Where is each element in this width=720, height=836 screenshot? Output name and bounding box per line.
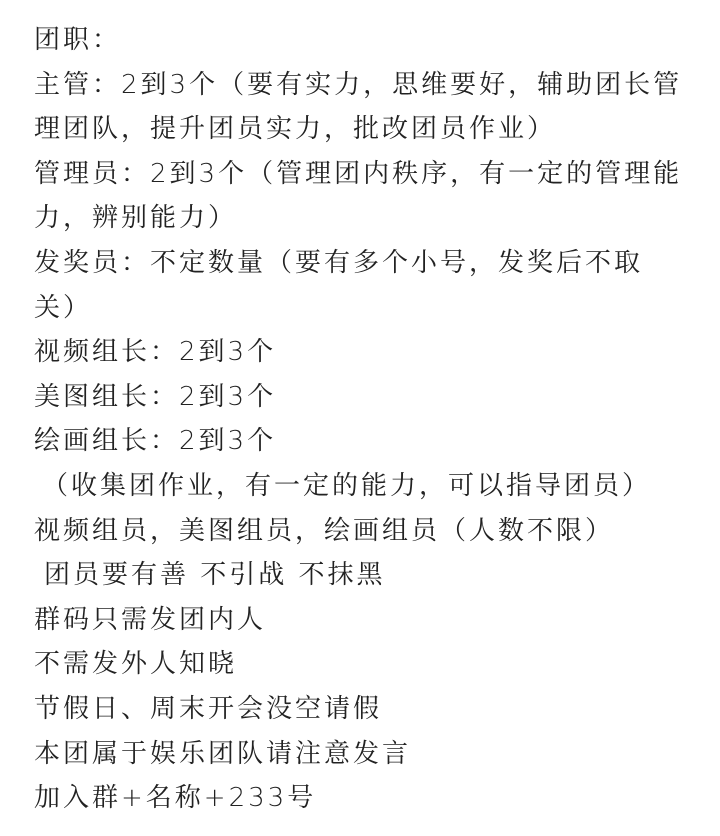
- rule-be-kind: 团员要有善 不引战 不抹黑: [34, 553, 694, 598]
- role-supervisor-line-2: 理团队，提升团员实力，批改团员作业）: [34, 107, 694, 152]
- rule-entertainment-team: 本团属于娱乐团队请注意发言: [34, 732, 694, 777]
- join-instructions: 加入群+名称+233号: [34, 776, 694, 821]
- role-prize-distributor-line-2: 关）: [34, 286, 694, 331]
- rule-group-code-internal: 群码只需发团内人: [34, 598, 694, 643]
- group-leader-duties: （收集团作业，有一定的能力，可以指导团员）: [34, 464, 694, 509]
- role-admin-line-2: 力，辨别能力）: [34, 196, 694, 241]
- role-admin-line-1: 管理员：2到3个（管理团内秩序，有一定的管理能: [34, 152, 694, 197]
- role-supervisor-line-1: 主管：2到3个（要有实力，思维要好，辅助团长管: [34, 63, 694, 108]
- role-drawing-leader: 绘画组长：2到3个: [34, 419, 694, 464]
- rule-no-outsiders: 不需发外人知晓: [34, 642, 694, 687]
- role-video-leader: 视频组长：2到3个: [34, 330, 694, 375]
- heading-team-roles: 团职：: [34, 18, 694, 63]
- handwritten-note: 团职： 主管：2到3个（要有实力，思维要好，辅助团长管 理团队，提升团员实力，批…: [34, 18, 694, 821]
- group-members: 视频组员，美图组员，绘画组员（人数不限）: [34, 509, 694, 554]
- role-photo-leader: 美图组长：2到3个: [34, 375, 694, 420]
- role-prize-distributor-line-1: 发奖员：不定数量（要有多个小号，发奖后不取: [34, 241, 694, 286]
- rule-leave-request: 节假日、周末开会没空请假: [34, 687, 694, 732]
